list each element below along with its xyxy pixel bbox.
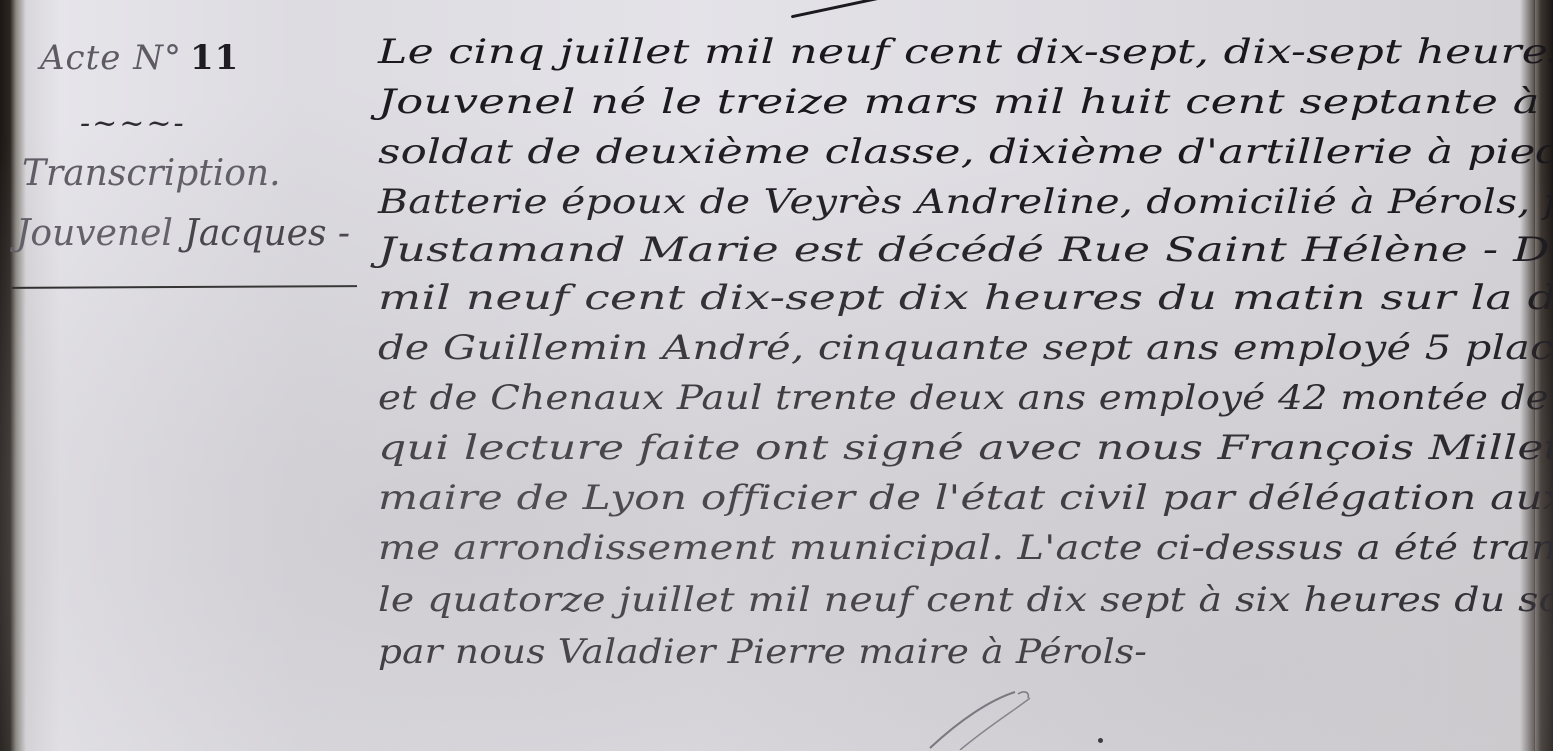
- subject-given-name: Jacques -: [184, 213, 350, 254]
- subject-name: Jouvenel Jacques -: [16, 213, 350, 254]
- signature-flourish: [920, 690, 1070, 750]
- acte-number: 11: [190, 38, 239, 78]
- margin-divider-rule: [12, 285, 357, 289]
- body-line: Batterie époux de Veyrès Andreline, domi…: [378, 182, 1553, 222]
- body-line: mil neuf cent dix-sept dix heures du mat…: [378, 278, 1553, 318]
- body-line: le quatorze juillet mil neuf cent dix se…: [378, 580, 1553, 620]
- subject-surname: Jouvenel: [16, 213, 173, 254]
- record-category: Transcription.: [22, 153, 281, 194]
- body-line: soldat de deuxième classe, dixième d'art…: [378, 132, 1553, 172]
- body-line: Justamand Marie est décédé Rue Saint Hél…: [378, 230, 1553, 270]
- register-page: Acte N°11 -~~~- Transcription. Jouvenel …: [0, 0, 1553, 751]
- body-line: par nous Valadier Pierre maire à Pérols-: [378, 632, 1147, 672]
- body-line: me arrondissement municipal. L'acte ci-d…: [378, 528, 1553, 568]
- body-line: Jouvenel né le treize mars mil huit cent…: [378, 82, 1553, 122]
- acte-label: Acte N°: [40, 38, 182, 78]
- body-line: Le cinq juillet mil neuf cent dix-sept, …: [378, 32, 1553, 72]
- top-ink-stroke: [791, 0, 889, 18]
- body-line: de Guillemin André, cinquante sept ans e…: [378, 328, 1553, 368]
- body-line: maire de Lyon officier de l'état civil p…: [378, 478, 1553, 518]
- body-line: et de Chenaux Paul trente deux ans emplo…: [378, 378, 1553, 418]
- acte-heading: Acte N°11: [40, 38, 239, 78]
- flourish-divider: -~~~-: [80, 106, 186, 141]
- ink-dot: [1098, 738, 1103, 743]
- body-line: qui lecture faite ont signé avec nous Fr…: [378, 428, 1553, 468]
- signature-icon: [920, 690, 1070, 750]
